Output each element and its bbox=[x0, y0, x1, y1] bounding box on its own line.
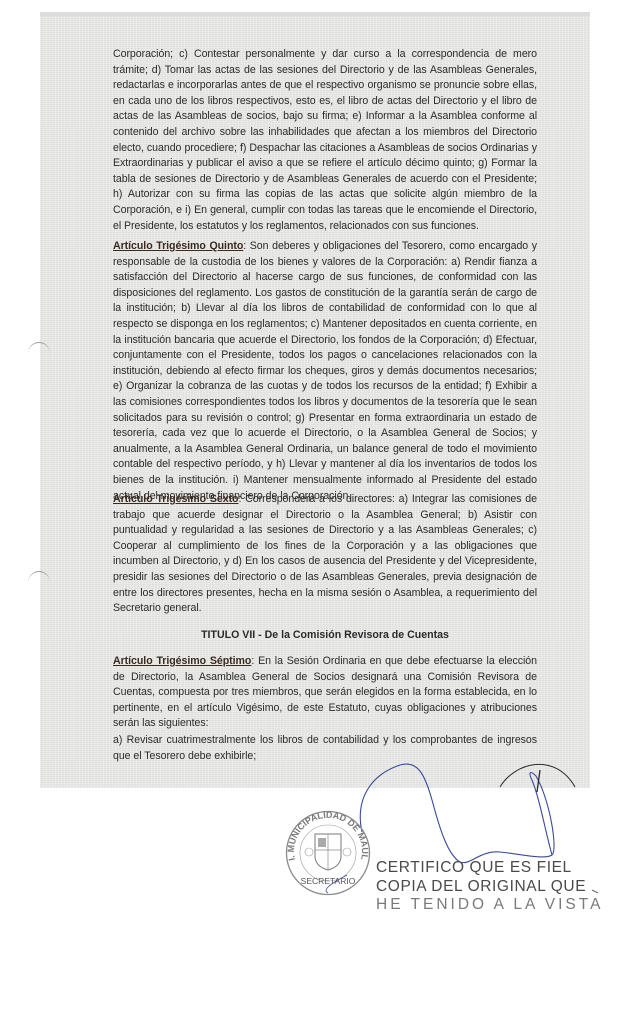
scan-edge bbox=[40, 12, 590, 16]
punch-hole-mark bbox=[28, 342, 50, 365]
certification-stamp-text: CERTIFICO QUE ES FIEL COPIA DEL ORIGINAL… bbox=[376, 859, 603, 915]
article-body: : Corresponderá a los directores: a) Int… bbox=[113, 493, 537, 614]
certification-line-1: CERTIFICO QUE ES FIEL bbox=[376, 859, 603, 878]
section-title: TITULO VII - De la Comisión Revisora de … bbox=[113, 629, 537, 641]
stamp-secretario-label: SECRETARIO bbox=[301, 876, 356, 886]
article-heading: Artículo Trigésimo Sexto bbox=[113, 493, 238, 505]
article-36: Artículo Trigésimo Sexto: Corresponderá … bbox=[113, 492, 537, 617]
list-item: a) Revisar cuatrimestralmente los libros… bbox=[113, 733, 537, 764]
paragraph-secretary-duties: Corporación; c) Contestar personalmente … bbox=[113, 47, 537, 234]
article-heading: Artículo Trigésimo Quinto bbox=[113, 240, 243, 252]
paragraph-text: Corporación; c) Contestar personalmente … bbox=[113, 47, 537, 234]
certification-line-2: COPIA DEL ORIGINAL QUE bbox=[376, 878, 603, 897]
article-35: Artículo Trigésimo Quinto: Son deberes y… bbox=[113, 239, 537, 504]
certification-line-3: HE TENIDO A LA VISTA bbox=[376, 896, 603, 915]
article-37-item-a: a) Revisar cuatrimestralmente los libros… bbox=[113, 733, 537, 764]
municipal-seal-stamp: I. MUNICIPALIDAD DE MAULE SECRETARIO bbox=[285, 810, 371, 896]
article-37: Artículo Trigésimo Séptimo: En la Sesión… bbox=[113, 654, 537, 732]
article-heading: Artículo Trigésimo Séptimo bbox=[113, 655, 251, 667]
punch-hole-mark bbox=[28, 571, 50, 594]
stamp-ring-text: I. MUNICIPALIDAD DE MAULE bbox=[285, 810, 370, 862]
article-body: : Son deberes y obligaciones del Tesorer… bbox=[113, 240, 537, 502]
